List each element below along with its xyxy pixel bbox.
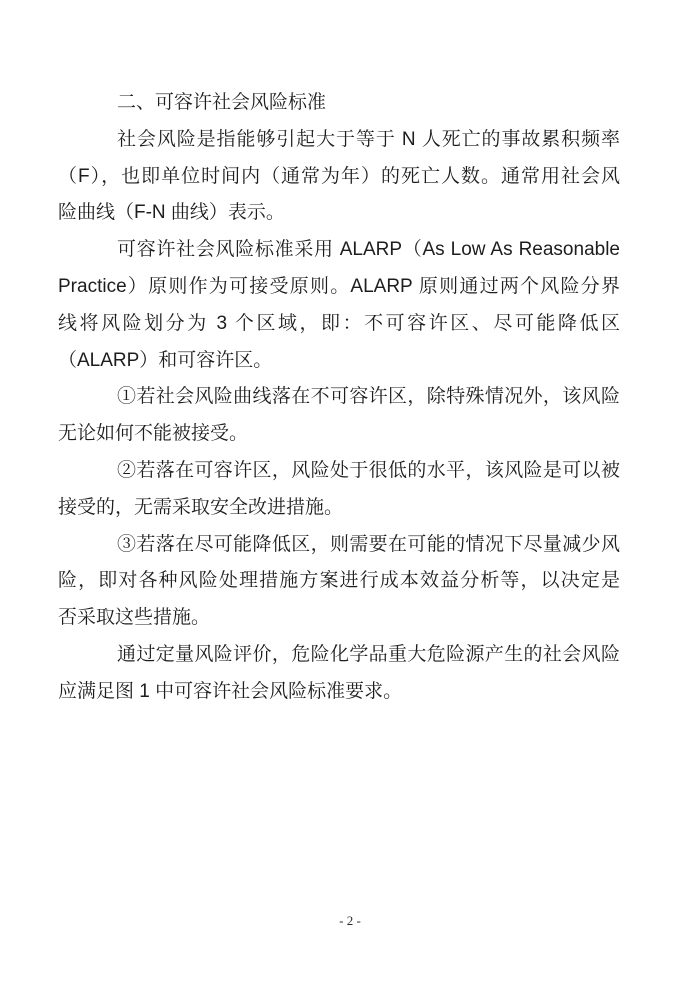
paragraph-1-line-3: 险曲线（F-N 曲线）表示。 <box>58 195 620 232</box>
paragraph-5-line-2: 险，即对各种风险处理措施方案进行成本效益分析等，以决定是 <box>58 563 620 600</box>
document-page: 二、可容许社会风险标准 社会风险是指能够引起大于等于 N 人死亡的事故累积频率 … <box>0 0 700 990</box>
paragraph-1-line-2: （F），也即单位时间内（通常为年）的死亡人数。通常用社会风 <box>58 159 620 196</box>
paragraph-6-line-2: 应满足图 1 中可容许社会风险标准要求。 <box>58 674 620 711</box>
paragraph-2-line-4: （ALARP）和可容许区。 <box>58 343 620 380</box>
paragraph-2-line-1: 可容许社会风险标准采用 ALARP（As Low As Reasonable <box>58 232 620 269</box>
paragraph-6-line-1: 通过定量风险评价，危险化学品重大危险源产生的社会风险 <box>58 637 620 674</box>
paragraph-2-line-2: Practice）原则作为可接受原则。ALARP 原则通过两个风险分界 <box>58 269 620 306</box>
text-block: 二、可容许社会风险标准 社会风险是指能够引起大于等于 N 人死亡的事故累积频率 … <box>58 85 620 711</box>
paragraph-2-line-3: 线将风险划分为 3 个区域，即：不可容许区、尽可能降低区 <box>58 306 620 343</box>
paragraph-3-line-1: ①若社会风险曲线落在不可容许区，除特殊情况外，该风险 <box>58 379 620 416</box>
paragraph-4-line-1: ②若落在可容许区，风险处于很低的水平，该风险是可以被 <box>58 453 620 490</box>
paragraph-5-line-1: ③若落在尽可能降低区，则需要在可能的情况下尽量减少风 <box>58 527 620 564</box>
paragraph-5-line-3: 否采取这些措施。 <box>58 600 620 637</box>
paragraph-3-line-2: 无论如何不能被接受。 <box>58 416 620 453</box>
section-heading: 二、可容许社会风险标准 <box>58 85 620 122</box>
paragraph-1-line-1: 社会风险是指能够引起大于等于 N 人死亡的事故累积频率 <box>58 122 620 159</box>
page-number: - 2 - <box>0 911 700 931</box>
paragraph-4-line-2: 接受的，无需采取安全改进措施。 <box>58 490 620 527</box>
